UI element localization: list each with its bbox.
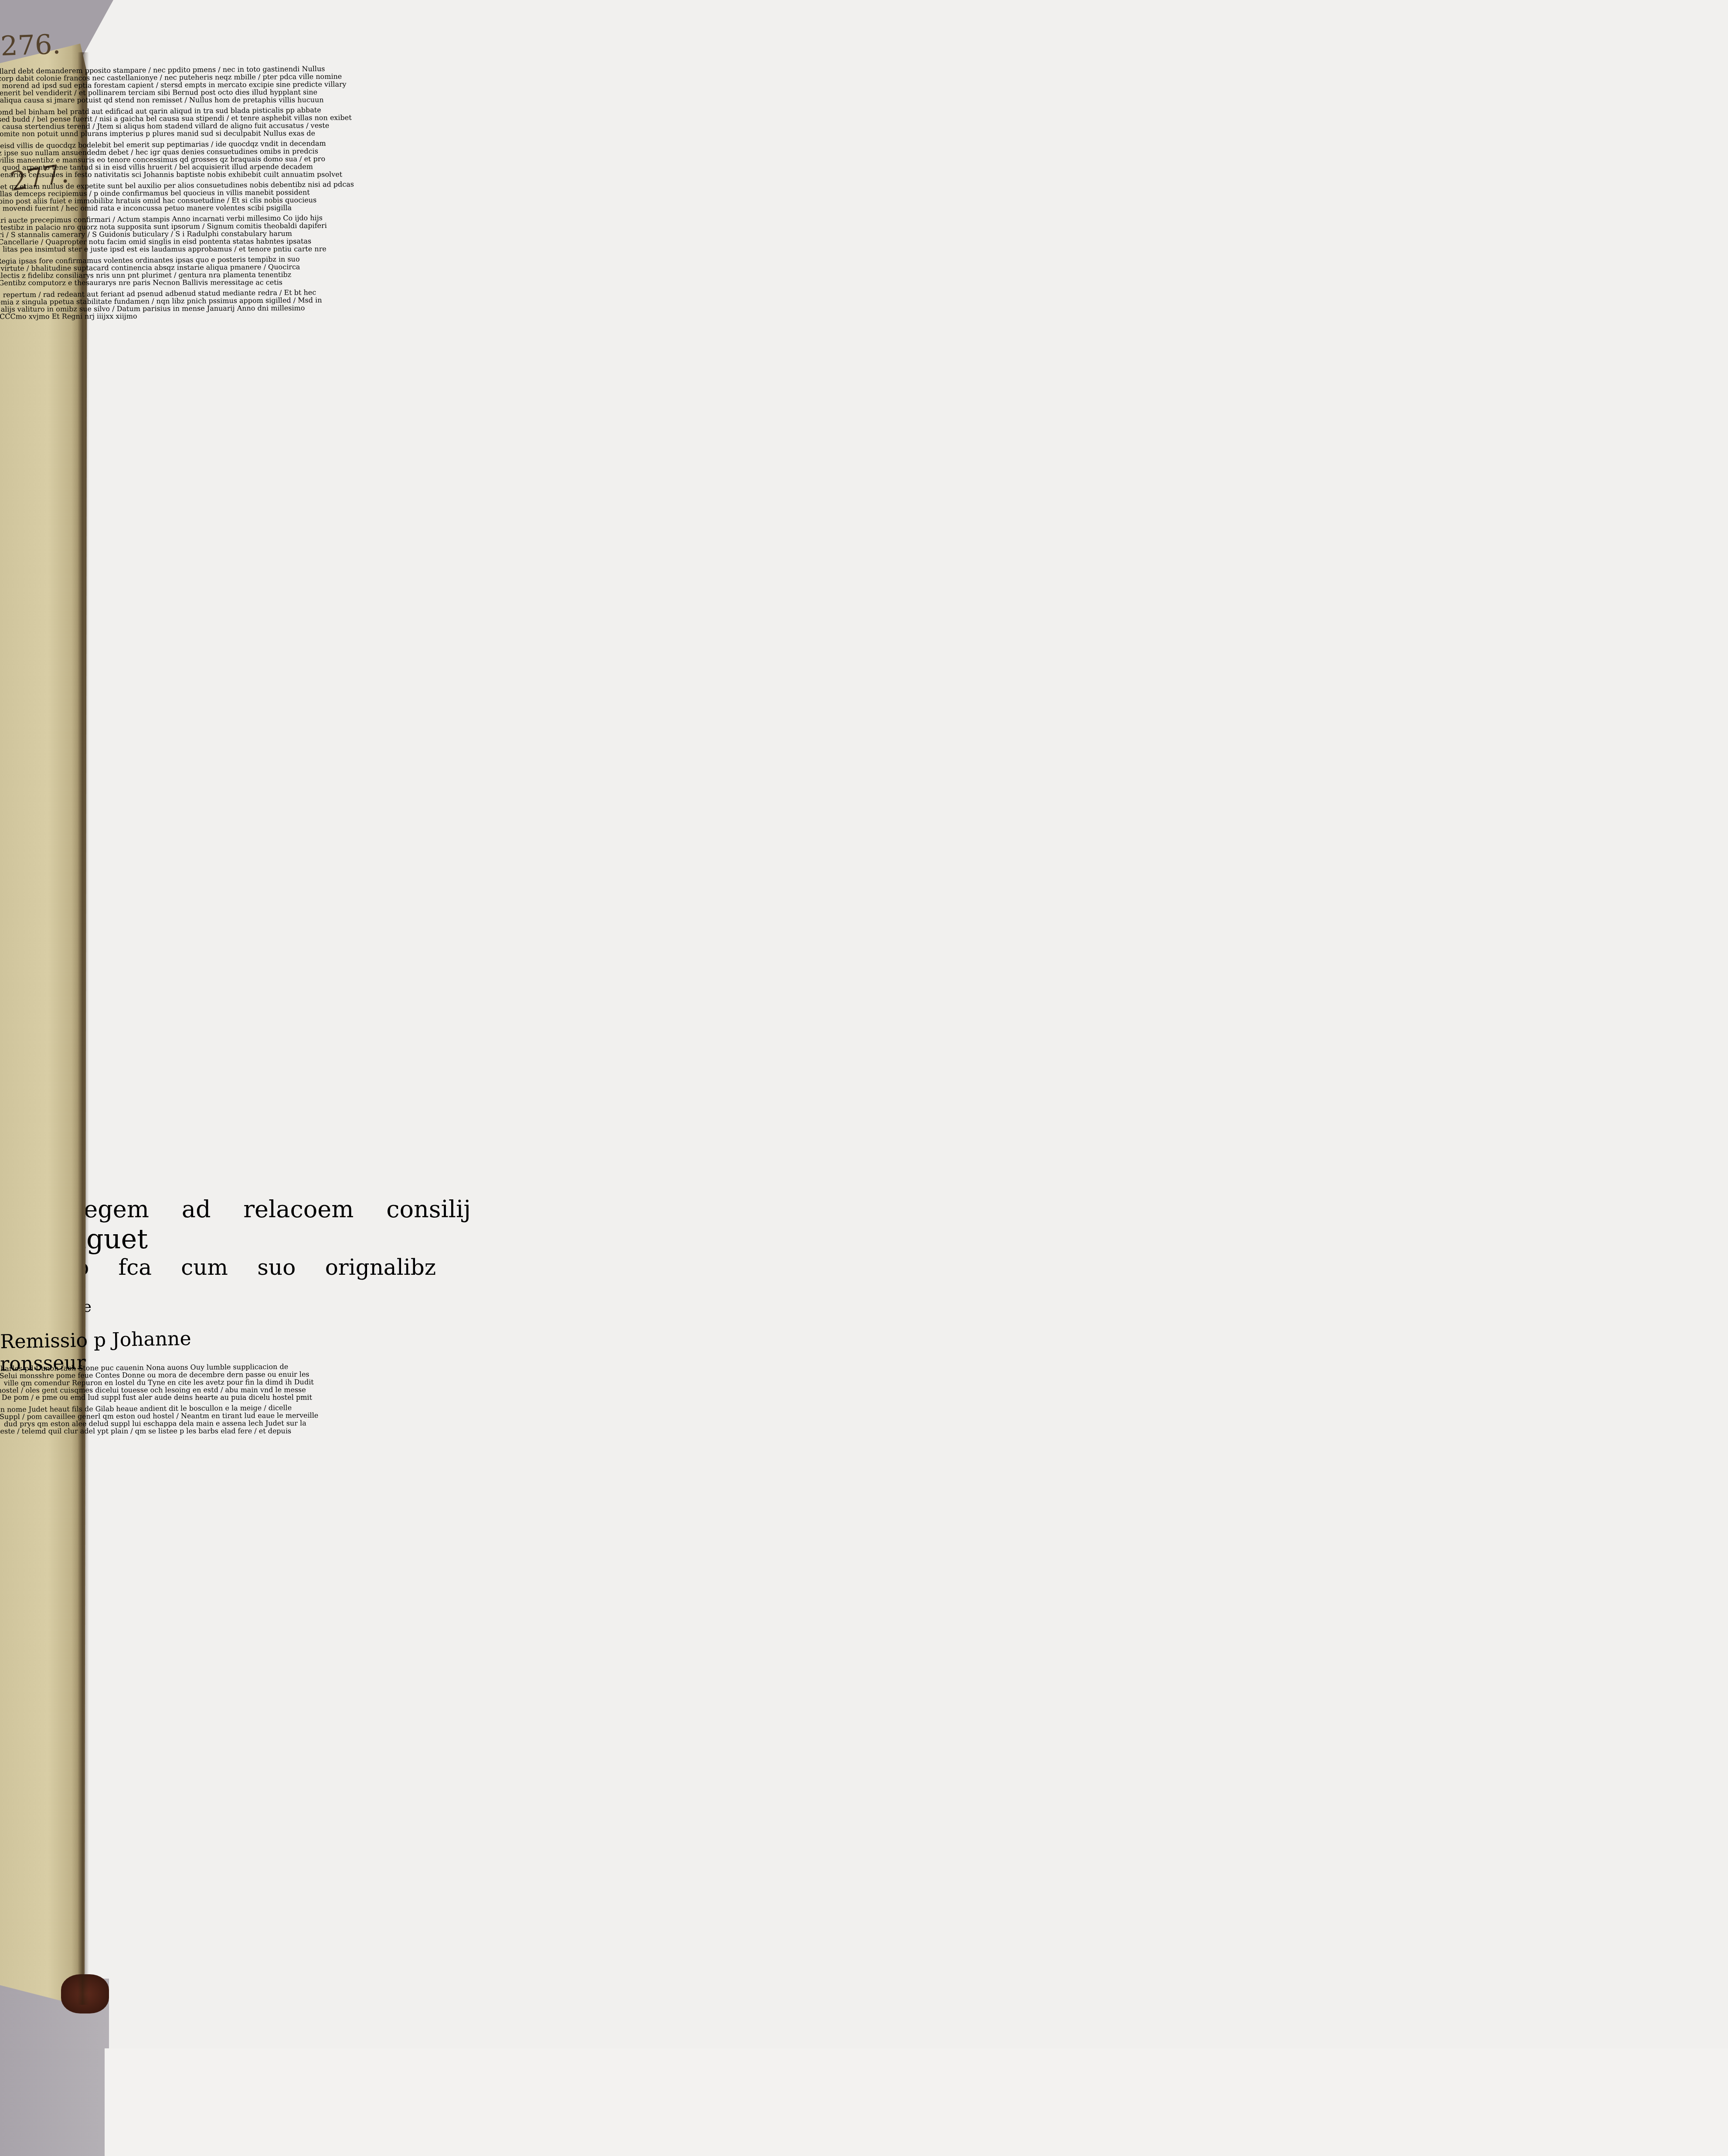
charter-text-block: villard debt demanderem pposito stampare… bbox=[0, 60, 1219, 1198]
remission-line-4: hostel / oles gent cuisqmes dicelui toue… bbox=[0, 1384, 1214, 1395]
remission-line-9: teste / telemd quil clur adel ypt plain … bbox=[0, 1426, 1214, 1435]
manuscript-photo: 276. 277. villard debt demanderem pposit… bbox=[0, 0, 1728, 2156]
remission-text-block: Charles pd Danon fach Stone puc cauenin … bbox=[0, 1358, 1217, 1720]
